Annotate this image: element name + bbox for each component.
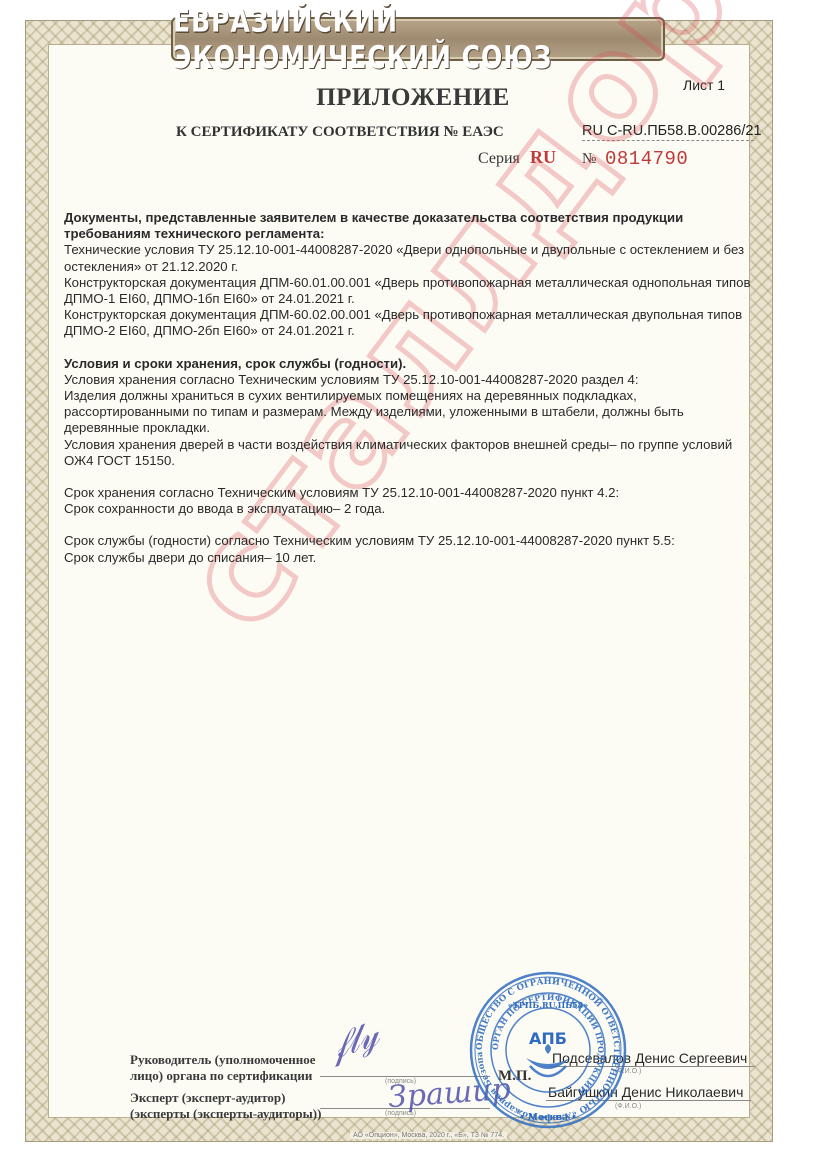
union-banner: ЕВРАЗИЙСКИЙ ЭКОНОМИЧЕСКИЙ СОЮЗ [171,17,665,61]
storage-line: Условия хранения согласно Техническим ус… [64,372,764,388]
storage-line: ОЖ4 ГОСТ 15150. [64,453,764,469]
document-body: Документы, представленные заявителем в к… [64,210,764,566]
head-name: Подсевалов Денис Сергеевич [552,1050,747,1066]
document-item: Технические условия ТУ 25.12.10-001-4400… [64,242,764,274]
seal-place-label: М.П. [498,1068,531,1085]
expert-label: Эксперт (эксперт-аудитор) (эксперты (экс… [130,1090,321,1122]
head-label: Руководитель (уполномоченное лицо) орган… [130,1052,316,1084]
expert-name-line [546,1100,751,1101]
documents-heading: Документы, представленные заявителем в к… [64,210,764,242]
shelf-life-line: Срок хранения согласно Техническим услов… [64,485,764,501]
document-item: Конструкторская документация ДПМ-60.02.0… [64,307,764,339]
service-life-line: Срок службы (годности) согласно Техничес… [64,533,764,549]
series-label: Серия [478,150,520,168]
storage-line: деревянные прокладки. [64,420,764,436]
shelf-life-line: Срок сохранности до ввода в эксплуатацию… [64,501,764,517]
blank-number: 0814790 [605,148,688,170]
banner-text: ЕВРАЗИЙСКИЙ ЭКОНОМИЧЕСКИЙ СОЮЗ [173,3,663,76]
certificate-number: RU C-RU.ПБ58.В.00286/21 [582,123,754,141]
blank-number-label: № [582,151,596,168]
fio-caption: (Ф.И.О.) [615,1103,641,1110]
storage-line: Условия хранения дверей в части воздейст… [64,437,764,453]
fio-caption: (Ф.И.О.) [615,1068,641,1075]
service-life-line: Срок службы двери до списания– 10 лет. [64,550,764,566]
certificate-page: ЕВРАЗИЙСКИЙ ЭКОНОМИЧЕСКИЙ СОЮЗ Лист 1 ПР… [0,0,826,1169]
head-name-line [550,1066,755,1067]
expert-name: Байгушкин Денис Николаевич [548,1084,743,1100]
storage-line: рассортированными по типам и размерам. М… [64,404,764,420]
document-item: Конструкторская документация ДПМ-60.01.0… [64,275,764,307]
storage-heading: Условия и сроки хранения, срок службы (г… [64,356,764,372]
certificate-prefix: К СЕРТИФИКАТУ СООТВЕТСТВИЯ № ЕАЭС [176,124,504,141]
storage-line: Изделия должны храниться в сухих вентили… [64,388,764,404]
series-value: RU [530,147,556,168]
page-title: ПРИЛОЖЕНИЕ [0,84,826,112]
content-area [48,44,750,1118]
printer-imprint: АО «Опцион», Москва, 2020 г., «Б», ТЗ № … [350,1132,507,1139]
